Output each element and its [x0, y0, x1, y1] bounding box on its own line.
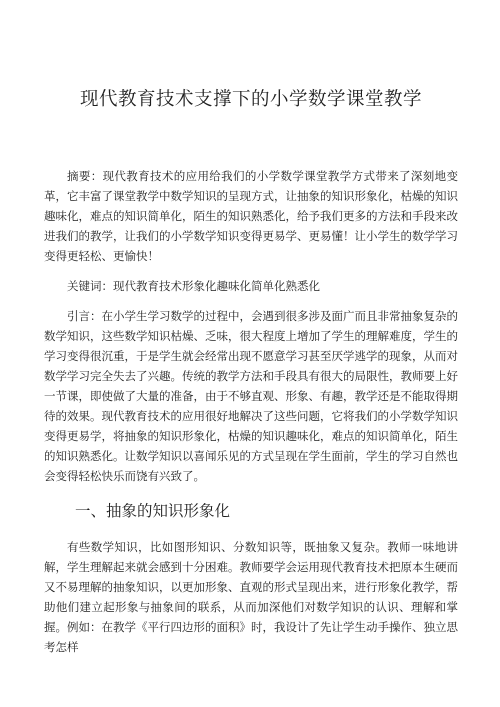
keywords-line: 关键词：现代教育技术形象化趣味化简单化熟悉化	[44, 277, 458, 297]
introduction-paragraph: 引言：在小学生学习数学的过程中，会遇到很多涉及面广而且非常抽象复杂的数学知识，这…	[44, 307, 458, 487]
section-1-paragraph: 有些数学知识，比如图形知识、分数知识等，既抽象又复杂。教师一味地讲解，学生理解起…	[44, 538, 458, 658]
document-page: 现代教育技术支撑下的小学数学课堂教学 摘要：现代教育技术的应用给我们的小学数学课…	[0, 0, 500, 707]
abstract-paragraph: 摘要：现代教育技术的应用给我们的小学数学课堂教学方式带来了深刻地变革，它丰富了课…	[44, 167, 458, 267]
document-title: 现代教育技术支撑下的小学数学课堂教学	[44, 87, 458, 114]
section-1-heading: 一、抽象的知识形象化	[44, 501, 458, 523]
